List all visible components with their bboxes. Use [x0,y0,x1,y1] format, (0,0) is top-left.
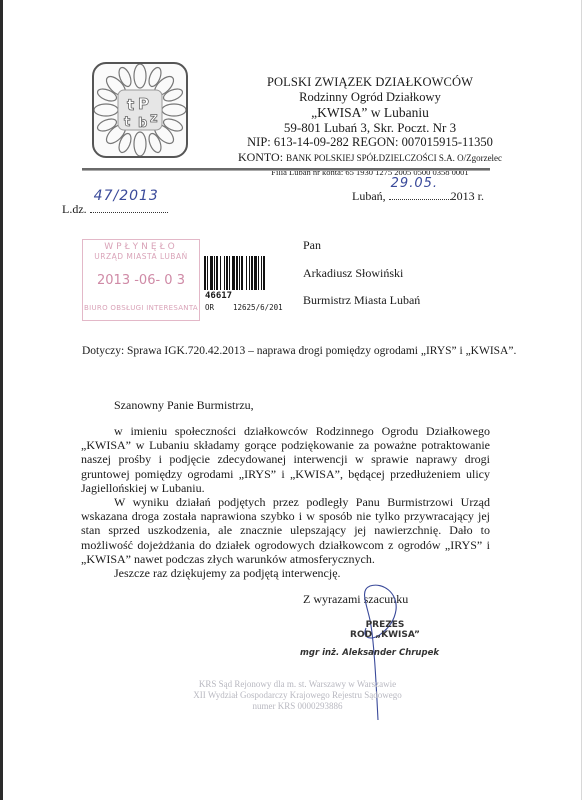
barcode-or-label: OR [205,303,214,312]
footer-line: XII Wydział Gospodarczy Krajowego Rejest… [180,690,415,701]
registry-footer: KRS Sąd Rejonowy dla m. st. Warszawy w W… [180,679,415,712]
account-label: KONTO: [238,150,286,164]
signer-role: PREZES [330,620,440,630]
date-year: 2013 r. [451,189,484,203]
ldz-label: L.dz. [62,202,87,216]
place-label: Lubań, [352,189,386,203]
stamp-department: BIURO OBSŁUGI INTERESANTA [83,304,199,312]
svg-text:t: t [127,96,134,114]
stamp-office: URZĄD MIASTA LUBAŃ [83,252,199,261]
garden-type: Rodzinny Ogród Działkowy [200,90,540,105]
stamp-date: 2013 -06- 0 3 [83,273,199,288]
signature-stamp: PREZES ROD „KWISA” [330,620,440,640]
ldz-handwritten-value: 47/2013 [94,188,159,204]
footer-line: KRS Sąd Rejonowy dla m. st. Warszawy w W… [180,679,415,690]
bank-account: KONTO: BANK POLSKIEJ SPÓŁDZIELCZOŚCI S.A… [200,150,540,166]
signer-organization: ROD „KWISA” [330,630,440,640]
svg-text:P: P [138,95,149,113]
greeting: Szanowny Panie Burmistrzu, [114,398,254,413]
letter-date: Lubań, 29.05.2013 r. [352,188,484,204]
signer-name: mgr inż. Aleksander Chrupek [300,648,439,658]
body-paragraph: w imieniu społeczności działkowców Rodzi… [81,424,490,495]
reference-number: L.dz. 47/2013 [62,201,168,217]
letterhead-divider [82,168,490,171]
letter-body: w imieniu społeczności działkowców Rodzi… [81,424,490,580]
recipient-name: Arkadiusz Słowiński [303,266,403,281]
letterhead: POLSKI ZWIĄZEK DZIAŁKOWCÓW Rodzinny Ogró… [200,75,540,178]
footer-line: numer KRS 0000293886 [180,701,415,712]
barcode-reference: 12625/6/201 [233,303,283,312]
subject-line: Dotyczy: Sprawa IGK.720.42.2013 – napraw… [82,345,516,357]
date-handwritten-value: 29.05. [391,176,438,191]
scan-edge [0,0,3,800]
org-ids: NIP: 613-14-09-282 REGON: 007015915-1135… [200,135,540,150]
bank-name: BANK POLSKIEJ SPÓŁDZIELCZOŚCI S.A. O/Zgo… [286,153,502,163]
svg-text:z: z [150,111,158,126]
org-name: POLSKI ZWIĄZEK DZIAŁKOWCÓW [200,75,540,90]
garden-name: „KWISA” w Lubaniu [200,105,540,120]
recipient-title: Burmistrz Miasta Lubań [303,293,420,308]
pzd-sunflower-logo-icon: t P z t b [92,62,188,158]
received-stamp: WPŁYNĘŁO URZĄD MIASTA LUBAŃ 2013 -06- 0 … [82,239,200,321]
body-paragraph: W wyniku działań podjętych przez podległ… [81,495,490,566]
svg-text:b: b [138,116,147,131]
stamp-received-label: WPŁYNĘŁO [83,242,199,252]
barcode-icon [204,256,284,290]
barcode-number: 46617 [205,291,232,301]
svg-text:t: t [124,115,130,130]
recipient-salutation: Pan [303,238,321,253]
body-paragraph: Jeszcze raz dziękujemy za podjętą interw… [81,566,490,580]
org-address: 59-801 Lubań 3, Skr. Poczt. Nr 3 [200,120,540,135]
